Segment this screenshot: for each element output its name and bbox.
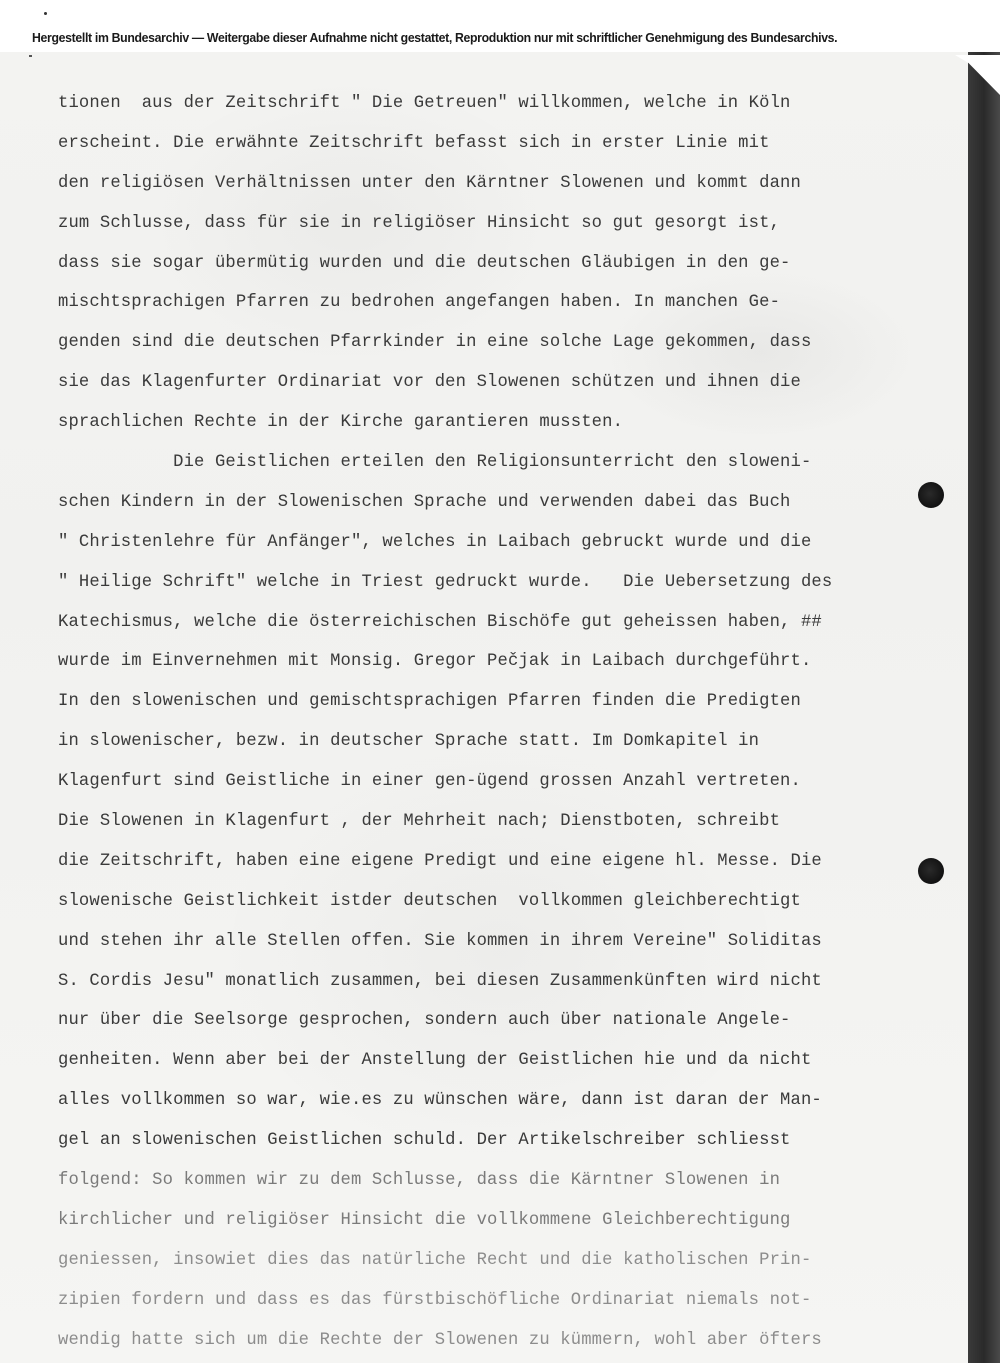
text-line: slowenische Geistlichkeit istder deutsch… [58,882,938,922]
text-line: Klagenfurt sind Geistliche in einer gen-… [58,762,938,802]
scan-edge-shadow [968,52,1000,1363]
text-line: wendig hatte sich um die Rechte der Slow… [58,1321,938,1361]
text-line: genden sind die deutschen Pfarrkinder in… [58,323,938,363]
text-line: geniessen, insowiet dies das natürliche … [58,1241,938,1281]
text-line: folgend: So kommen wir zu dem Schlusse, … [58,1161,938,1201]
text-line: die Zeitschrift, haben eine eigene Predi… [58,842,938,882]
text-line: erscheint. Die erwähnte Zeitschrift befa… [58,124,938,164]
text-line: S. Cordis Jesu" monatlich zusammen, bei … [58,962,938,1002]
text-line: den religiösen Verhältnissen unter den K… [58,164,938,204]
text-line: dass sie sogar übermütig wurden und die … [58,244,938,284]
text-line: sprachlichen Rechte in der Kirche garant… [58,403,938,443]
text-line: Die Slowenen in Klagenfurt , der Mehrhei… [58,802,938,842]
archive-stamp: Hergestellt im Bundesarchiv — Weitergabe… [32,30,925,45]
text-line: sie das Klagenfurter Ordinariat vor den … [58,363,938,403]
text-line: Katechismus, welche die österreichischen… [58,603,938,643]
text-line: " Christenlehre für Anfänger", welches i… [58,523,938,563]
text-line: mischtsprachigen Pfarren zu bedrohen ang… [58,283,938,323]
text-line: kirchlicher und religiöser Hinsicht die … [58,1201,938,1241]
typewritten-body: tionen aus der Zeitschrift " Die Getreue… [58,84,938,1361]
text-line: " Heilige Schrift" welche in Triest gedr… [58,563,938,603]
text-line: zipien fordern und dass es das fürstbisc… [58,1281,938,1321]
text-line: gel an slowenischen Geistlichen schuld. … [58,1121,938,1161]
text-line: alles vollkommen so war, wie.es zu wünsc… [58,1081,938,1121]
text-line: nur über die Seelsorge gesprochen, sonde… [58,1001,938,1041]
text-line: tionen aus der Zeitschrift " Die Getreue… [58,84,938,124]
text-line: in slowenischer, bezw. in deutscher Spra… [58,722,938,762]
text-line: zum Schlusse, dass für sie in religiöser… [58,204,938,244]
text-line: Die Geistlichen erteilen den Religionsun… [58,443,938,483]
text-line: schen Kindern in der Slowenischen Sprach… [58,483,938,523]
text-line: genheiten. Wenn aber bei der Anstellung … [58,1041,938,1081]
speck-mark [44,12,47,15]
text-line: In den slowenischen und gemischtsprachig… [58,682,938,722]
text-line: wurde im Einvernehmen mit Monsig. Gregor… [58,642,938,682]
speck-mark [29,55,32,57]
text-line: und stehen ihr alle Stellen offen. Sie k… [58,922,938,962]
